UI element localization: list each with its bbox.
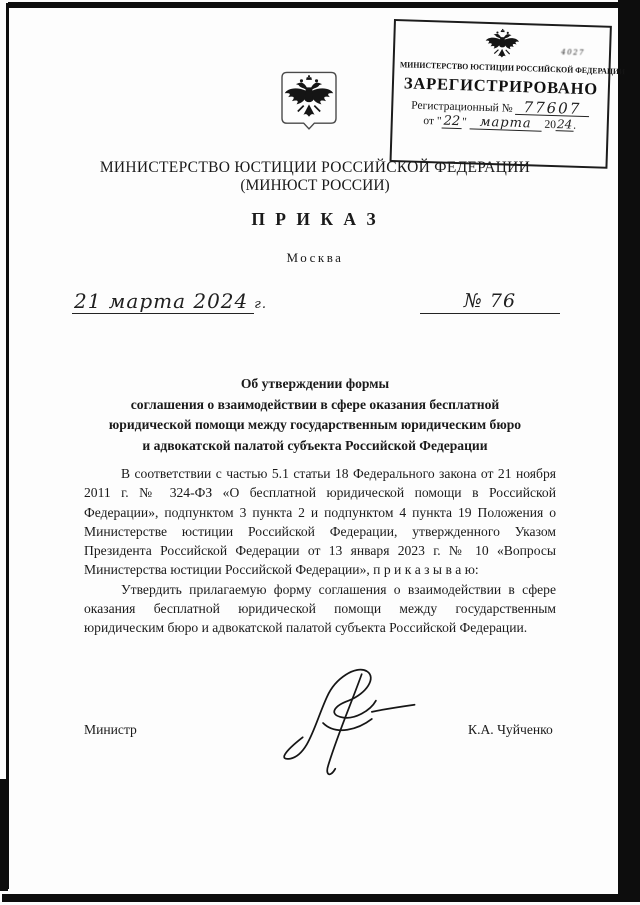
stamp-reg-number-label: Регистрационный № [411,100,513,115]
body-text: В соответствии с частью 5.1 статьи 18 Фе… [84,464,556,638]
scan-edge-left-thick [0,779,8,891]
stamp-quote-close: " [462,116,467,128]
signature-scribble [272,660,430,782]
document-date-value: 21 марта 2024 [72,289,254,314]
subject-line-2: соглашения о взаимодействии в сфере оказ… [30,395,600,416]
scan-edge-bottom [2,894,640,902]
stamp-date-month: марта [469,117,541,131]
coat-of-arms-icon [276,70,342,142]
body-paragraph-1: В соответствии с частью 5.1 статьи 18 Фе… [84,464,556,580]
stamp-eagle-icon [484,27,521,62]
document-date-handwritten: 21 марта 2024г. [72,289,267,317]
ministry-name: МИНИСТЕРСТВО ЮСТИЦИИ РОССИЙСКОЙ ФЕДЕРАЦИ… [30,159,600,177]
stamp-date-day: 22 [441,117,462,130]
minister-title: Министр [84,722,137,738]
document-type-title: П Р И К А З [30,209,600,230]
subject-line-1: Об утверждении формы [30,374,600,395]
registration-stamp: 4027 МИНИСТЕРСТВО ЮСТИЦИИ РОССИЙСКОЙ ФЕД… [390,19,612,169]
stamp-registered-label: ЗАРЕГИСТРИРОВАНО [394,73,609,100]
stamp-date-prefix: от [423,115,434,127]
subject-title: Об утверждении формы соглашения о взаимо… [30,374,600,456]
stamp-year-written: 24 [556,119,574,132]
body-paragraph-2: Утвердить прилагаемую форму соглашения о… [84,580,556,638]
scanned-order-document: 4027 МИНИСТЕРСТВО ЮСТИЦИИ РОССИЙСКОЙ ФЕД… [0,0,640,905]
subject-line-4: и адвокатской палатой субъекта Российско… [30,436,600,457]
document-number-handwritten: № 76 [420,289,560,314]
minister-name: К.А. Чуйченко [468,722,553,738]
scan-edge-top [8,2,640,8]
scan-edge-right [618,0,640,897]
stamp-faint-mark: 4027 [561,48,585,57]
stamp-reg-number-value: 77607 [515,101,589,117]
document-date-suffix: г. [254,297,267,312]
stamp-period: . [573,120,576,132]
scan-edge-left [6,3,9,889]
ministry-short-name: (МИНЮСТ РОССИИ) [30,177,600,195]
subject-line-3: юридической помощи между государственным… [30,415,600,436]
city-label: Москва [30,250,600,266]
stamp-year-printed: 20 [544,119,556,131]
